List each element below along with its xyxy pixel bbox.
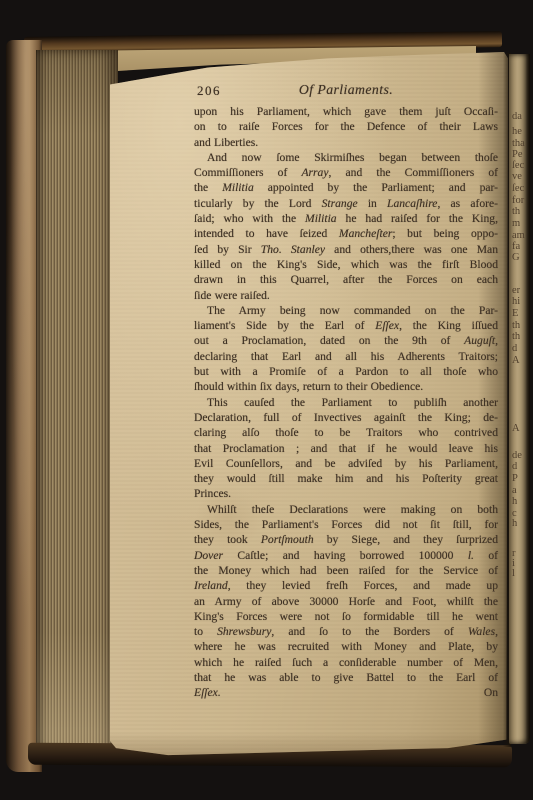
book-page: 206 Of Parliaments. upon his Parliament,… bbox=[108, 52, 508, 758]
paragraph: And now ſome Skirmiſhes began between th… bbox=[194, 150, 498, 303]
facing-page-fragment: hi bbox=[512, 297, 520, 307]
text-segment: , as afore- bbox=[437, 197, 498, 210]
text-segment: drawn in this Quarrel, after the Forces … bbox=[194, 273, 498, 286]
facing-page-fragment: he bbox=[512, 127, 522, 137]
text-segment: , and the Commiſſioners of bbox=[329, 166, 498, 179]
text-segment: ticularly by the Lord bbox=[194, 197, 322, 210]
facing-page-fragment: a bbox=[512, 486, 517, 496]
text-line: drawn in this Quarrel, after the Forces … bbox=[194, 272, 498, 287]
facing-page-fragment: fa bbox=[512, 242, 520, 252]
text-line: King's Forces were not ſo formidable til… bbox=[194, 609, 498, 624]
italic-text: Eſſex. bbox=[194, 685, 221, 700]
text-segment: on to raiſe Forces for the Defence of th… bbox=[194, 120, 498, 133]
text-segment: and Liberties. bbox=[194, 136, 258, 149]
text-segment: the Money which had been raiſed for the … bbox=[194, 564, 498, 577]
italic-text: Militia bbox=[222, 181, 254, 194]
text-segment: the bbox=[194, 181, 222, 194]
text-line: upon his Parliament, which gave them juſ… bbox=[194, 104, 498, 119]
text-line: but with a Promiſe of a Pardon to all th… bbox=[194, 364, 498, 379]
book-scan: 206 Of Parliaments. upon his Parliament,… bbox=[0, 0, 533, 800]
text-block: 206 Of Parliaments. upon his Parliament,… bbox=[194, 82, 498, 701]
text-line: The Army being now commanded on the Par- bbox=[194, 303, 498, 318]
text-segment: Caſtle; and having borrowed 100000 bbox=[223, 549, 468, 562]
text-segment: by Siege, and they ſurprized bbox=[314, 533, 498, 546]
text-line: intended to have ſeized Mancheſter; but … bbox=[194, 226, 498, 241]
text-segment: This cauſed the Parliament to publiſh an… bbox=[207, 396, 498, 409]
text-segment: Declaration, full of Invectives againſt … bbox=[194, 411, 498, 424]
text-line: on to raiſe Forces for the Defence of th… bbox=[194, 119, 498, 134]
text-segment: And now ſome Skirmiſhes began between th… bbox=[207, 151, 498, 164]
facing-page-fragment: am bbox=[512, 231, 525, 241]
page-header: 206 Of Parliaments. bbox=[194, 82, 498, 101]
text-line: Whilſt theſe Declarations were making on… bbox=[194, 502, 498, 517]
text-line: which he raiſed ſuch a conſiderable numb… bbox=[194, 655, 498, 670]
facing-page-fragment: h bbox=[512, 519, 517, 529]
text-segment: Commiſſioners of bbox=[194, 166, 301, 179]
book-fore-edge bbox=[36, 50, 118, 760]
facing-page-fragment: ſec bbox=[512, 161, 524, 171]
paragraph: The Army being now commanded on the Par-… bbox=[194, 303, 498, 395]
facing-page-fragment: d bbox=[512, 344, 517, 354]
text-line: ſide were raiſed. bbox=[194, 288, 498, 303]
text-segment: , bbox=[495, 625, 498, 638]
text-line: they took Portſmouth by Siege, and they … bbox=[194, 532, 498, 547]
italic-text: Strange bbox=[322, 197, 358, 210]
body-text: upon his Parliament, which gave them juſ… bbox=[194, 104, 498, 701]
italic-text: Tho. Stanley bbox=[261, 243, 325, 256]
text-line: liament's Side by the Earl of Eſſex, the… bbox=[194, 318, 498, 333]
text-segment: , and ſo to the Borders of bbox=[271, 625, 467, 638]
text-segment: he had raiſed for the King, bbox=[337, 212, 498, 225]
text-line: ticularly by the Lord Strange in Lancaſh… bbox=[194, 196, 498, 211]
text-line: an Army of above 30000 Horſe and Foot, w… bbox=[194, 594, 498, 609]
italic-text: Ireland bbox=[194, 579, 228, 592]
text-line: Ireland, they levied freſh Forces, and m… bbox=[194, 578, 498, 593]
facing-page-fragment: er bbox=[512, 286, 520, 296]
text-segment: in bbox=[358, 197, 387, 210]
text-line: Declaration, full of Invectives againſt … bbox=[194, 410, 498, 425]
text-segment: and others,there was one Man bbox=[325, 243, 498, 256]
text-segment: Princes. bbox=[194, 487, 231, 500]
text-line: Dover Caſtle; and having borrowed 100000… bbox=[194, 548, 498, 563]
text-segment: to bbox=[194, 625, 217, 638]
text-segment: ; but being oppo- bbox=[392, 227, 498, 240]
text-line: ſaid; who with the Militia he had raiſed… bbox=[194, 211, 498, 226]
facing-page-fragment: ve bbox=[512, 172, 522, 182]
italic-text: Auguſt bbox=[464, 334, 495, 347]
text-segment: ſhould within ſix days, return to their … bbox=[194, 380, 423, 393]
text-segment: upon his Parliament, which gave them juſ… bbox=[194, 105, 498, 118]
text-segment: of bbox=[474, 549, 498, 562]
text-segment: claring alſo thoſe to be Traitors who co… bbox=[194, 426, 498, 439]
text-line: ſed by Sir Tho. Stanley and others,there… bbox=[194, 242, 498, 257]
text-line: claring alſo thoſe to be Traitors who co… bbox=[194, 425, 498, 440]
catchword: On bbox=[484, 685, 498, 700]
text-segment: out a Proclamation, dated on the 9th of bbox=[194, 334, 464, 347]
text-segment: intended to have ſeized bbox=[194, 227, 339, 240]
facing-page-fragment: G bbox=[512, 253, 520, 263]
text-line: they would ſtill make him and his Poſter… bbox=[194, 471, 498, 486]
italic-text: Eſſex bbox=[375, 319, 399, 332]
text-segment: they would ſtill make him and his Poſter… bbox=[194, 472, 498, 485]
italic-text: Wales bbox=[468, 625, 495, 638]
text-segment: , they levied freſh Forces, and made up bbox=[228, 579, 498, 592]
text-segment: that he was able to give Battel to the E… bbox=[194, 671, 498, 684]
facing-page-fragment: E bbox=[512, 309, 518, 319]
text-line: Princes. bbox=[194, 486, 498, 501]
facing-page-fragment: P bbox=[512, 474, 518, 484]
text-line: Eſſex.On bbox=[194, 685, 498, 700]
facing-page-fragment: ſec bbox=[512, 184, 524, 194]
text-segment: appointed by the Parliament; and par- bbox=[254, 181, 498, 194]
text-segment: ſed by Sir bbox=[194, 243, 261, 256]
text-line: the Money which had been raiſed for the … bbox=[194, 563, 498, 578]
facing-page-fragment: h bbox=[512, 497, 517, 507]
text-line: Commiſſioners of Array, and the Commiſſi… bbox=[194, 165, 498, 180]
text-segment: but with a Promiſe of a Pardon to all th… bbox=[194, 365, 498, 378]
text-line: the Militia appointed by the Parliament;… bbox=[194, 180, 498, 195]
text-segment: they took bbox=[194, 533, 261, 546]
italic-text: Shrewsbury bbox=[217, 625, 271, 638]
text-line: that Proclamation ; and that if he would… bbox=[194, 441, 498, 456]
text-segment: ſaid; who with the bbox=[194, 212, 305, 225]
text-line: to Shrewsbury, and ſo to the Borders of … bbox=[194, 624, 498, 639]
facing-page-fragment: Pe bbox=[512, 150, 523, 160]
italic-text: Dover bbox=[194, 549, 223, 562]
facing-page-fragment: th bbox=[512, 321, 520, 331]
facing-page-fragment: m bbox=[512, 219, 520, 229]
facing-page-fragment: A bbox=[512, 424, 520, 434]
text-segment: , bbox=[495, 334, 498, 347]
text-segment: King's Forces were not ſo formidable til… bbox=[194, 610, 498, 623]
text-segment: The Army being now commanded on the Par- bbox=[207, 304, 498, 317]
facing-page-fragment: A bbox=[512, 356, 520, 366]
facing-page-fragment: for bbox=[512, 196, 524, 206]
text-segment: liament's Side by the Earl of bbox=[194, 319, 375, 332]
italic-text: Array bbox=[301, 166, 328, 179]
italic-text: Portſmouth bbox=[261, 533, 314, 546]
text-segment: Whilſt theſe Declarations were making on… bbox=[207, 503, 498, 516]
italic-text: Mancheſter bbox=[339, 227, 392, 240]
text-segment: Evil Counſellors, and be adviſed by his … bbox=[194, 457, 498, 470]
facing-page-fragment: da bbox=[512, 112, 522, 122]
italic-text: Lancaſhire bbox=[387, 197, 437, 210]
text-segment: declaring that Earl and all his Adherent… bbox=[194, 350, 498, 363]
facing-page-fragment: de bbox=[512, 451, 522, 461]
facing-page-fragment: d bbox=[512, 462, 517, 472]
text-line: out a Proclamation, dated on the 9th of … bbox=[194, 333, 498, 348]
text-segment: , the King iſſued bbox=[399, 319, 498, 332]
facing-page-fragment: th bbox=[512, 332, 520, 342]
text-segment: killed on the King's Side, which was the… bbox=[194, 258, 498, 271]
text-line: declaring that Earl and all his Adherent… bbox=[194, 349, 498, 364]
text-line: Evil Counſellors, and be adviſed by his … bbox=[194, 456, 498, 471]
facing-page-fragment: th bbox=[512, 207, 520, 217]
page-number: 206 bbox=[197, 83, 221, 99]
text-segment: ſide were raiſed. bbox=[194, 289, 270, 302]
text-segment: Sides, the Parliament's Forces did not ſ… bbox=[194, 518, 498, 531]
text-line: where he was recruited with Money and Pl… bbox=[194, 639, 498, 654]
facing-page-sliver: dahethaPeſecveſecforthmamfaGerhiEththdAA… bbox=[509, 54, 530, 744]
text-segment: that Proclamation ; and that if he would… bbox=[194, 442, 498, 455]
paragraph: Whilſt theſe Declarations were making on… bbox=[194, 502, 498, 701]
text-segment: which he raiſed ſuch a conſiderable numb… bbox=[194, 656, 498, 669]
text-line: that he was able to give Battel to the E… bbox=[194, 670, 498, 685]
facing-page-fragment: tha bbox=[512, 139, 525, 149]
text-line: Sides, the Parliament's Forces did not ſ… bbox=[194, 517, 498, 532]
text-line: ſhould within ſix days, return to their … bbox=[194, 379, 498, 394]
facing-page-fragment: l bbox=[512, 569, 515, 579]
text-line: killed on the King's Side, which was the… bbox=[194, 257, 498, 272]
running-title: Of Parliaments. bbox=[194, 82, 498, 98]
text-line: This cauſed the Parliament to publiſh an… bbox=[194, 395, 498, 410]
text-segment: where he was recruited with Money and Pl… bbox=[194, 640, 498, 653]
italic-text: Militia bbox=[305, 212, 337, 225]
paragraph: This cauſed the Parliament to publiſh an… bbox=[194, 395, 498, 502]
text-line: and Liberties. bbox=[194, 135, 498, 150]
text-segment: an Army of above 30000 Horſe and Foot, w… bbox=[194, 595, 498, 608]
text-line: And now ſome Skirmiſhes began between th… bbox=[194, 150, 498, 165]
paragraph: upon his Parliament, which gave them juſ… bbox=[194, 104, 498, 150]
